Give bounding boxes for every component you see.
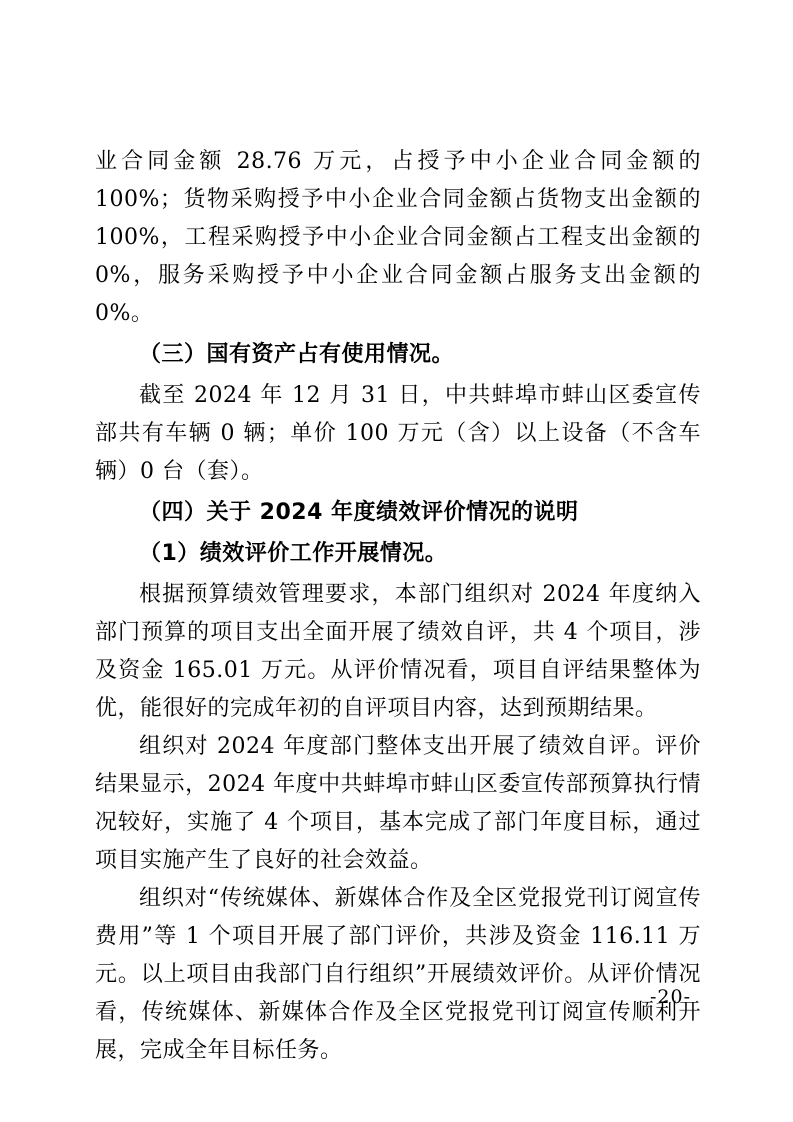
paragraph-state-assets: 截至 2024 年 12 月 31 日，中共蚌埠市蚌山区委宣传部共有车辆 0 辆… xyxy=(95,377,701,491)
section-heading-state-assets: （三）国有资产占有使用情况。 xyxy=(95,336,701,374)
paragraph-self-evaluation: 根据预算绩效管理要求，本部门组织对 2024 年度纳入部门预算的项目支出全面开展… xyxy=(95,576,701,728)
paragraph-procurement-continuation: 业合同金额 28.76 万元，占授予中小企业合同金额的 100%；货物采购授予中… xyxy=(95,143,701,333)
document-content: 业合同金额 28.76 万元，占授予中小企业合同金额的 100%；货物采购授予中… xyxy=(95,143,701,1070)
page-number: -20- xyxy=(650,986,691,1008)
paragraph-department-evaluation: 组织对“传统媒体、新媒体合作及全区党报党刊订阅宣传费用”等 1 个项目开展了部门… xyxy=(95,880,701,1070)
section-heading-performance-evaluation: （四）关于 2024 年度绩效评价情况的说明 xyxy=(95,494,701,532)
document-page: 业合同金额 28.76 万元，占授予中小企业合同金额的 100%；货物采购授予中… xyxy=(0,0,793,1122)
paragraph-overall-expenditure-evaluation: 组织对 2024 年度部门整体支出开展了绩效自评。评价结果显示，2024 年度中… xyxy=(95,728,701,880)
subsection-heading-evaluation-work: （1）绩效评价工作开展情况。 xyxy=(95,535,701,573)
